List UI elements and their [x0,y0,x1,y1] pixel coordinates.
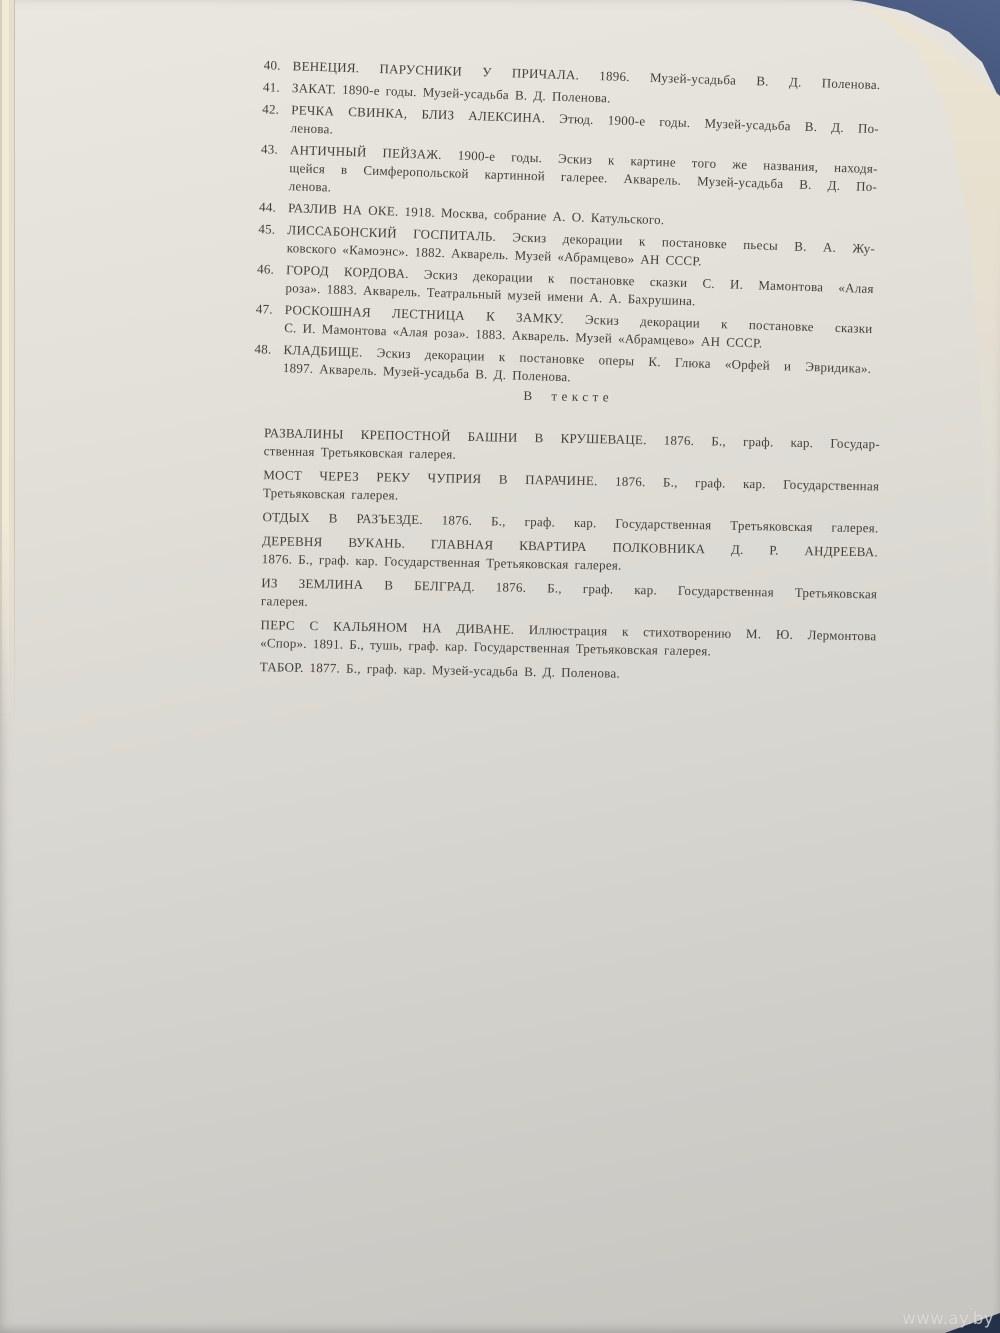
plate-number: 48. [254,340,272,359]
entry-body: РАЗВАЛИНЫ КРЕПОСТНОЙ БАШНИ В КРУШЕВАЦЕ. … [264,424,881,471]
entry-body: ДЕРЕВНЯ ВУКАНЬ. ГЛАВНАЯ КВАРТИРА ПОЛКОВН… [262,532,879,579]
plate-number: 41. [263,78,281,97]
plate-number: 46. [257,260,275,279]
in-text-entry: ТАБОР. 1877. Б., граф. кар. Музей-усадьб… [251,658,876,687]
entry-body: ИЗ ЗЕМЛИНА В БЕЛГРАД. 1876. Б., граф. ка… [261,574,878,621]
in-text-entry: ДЕРЕВНЯ ВУКАНЬ. ГЛАВНАЯ КВАРТИРА ПОЛКОВН… [253,532,879,579]
plate-number: 42. [262,100,280,119]
in-text-entry: РАЗВАЛИНЫ КРЕПОСТНОЙ БАШНИ В КРУШЕВАЦЕ. … [255,424,881,471]
watermark: www.ay.by [902,1309,994,1328]
in-text-entry: ПЕРС С КАЛЬЯНОМ НА ДИВАНЕ. Иллюстрация к… [251,616,877,663]
plate-number: 44. [259,198,277,217]
plate-number: 43. [261,140,279,159]
plate-number: 47. [256,300,274,319]
plate-number: 40. [263,56,281,75]
plates-list: 40. ВЕНЕЦИЯ. ПАРУСНИКИ У ПРИЧАЛА. 1896. … [246,56,881,400]
book-photo: 40. ВЕНЕЦИЯ. ПАРУСНИКИ У ПРИЧАЛА. 1896. … [0,0,1000,1333]
entry-body: МОСТ ЧЕРЕЗ РЕКУ ЧУПРИЯ В ПАРАЧИНЕ. 1876.… [263,466,880,513]
text-line: ТАБОР. 1877. Б., граф. кар. Музей-усадьб… [260,658,876,687]
entry-body: ПЕРС С КАЛЬЯНОМ НА ДИВАНЕ. Иллюстрация к… [260,616,877,663]
in-text-list: РАЗВАЛИНЫ КРЕПОСТНОЙ БАШНИ В КРУШЕВАЦЕ. … [251,424,881,687]
in-text-entry: ИЗ ЗЕМЛИНА В БЕЛГРАД. 1876. Б., граф. ка… [252,574,878,621]
entry-body: ТАБОР. 1877. Б., граф. кар. Музей-усадьб… [260,658,876,687]
plate-number: 45. [258,220,276,239]
in-text-entry: МОСТ ЧЕРЕЗ РЕКУ ЧУПРИЯ В ПАРАЧИНЕ. 1876.… [254,466,880,513]
left-page-edges [0,0,17,760]
in-text-section: В тексте РАЗВАЛИНЫ КРЕПОСТНОЙ БАШНИ В КР… [251,382,881,693]
